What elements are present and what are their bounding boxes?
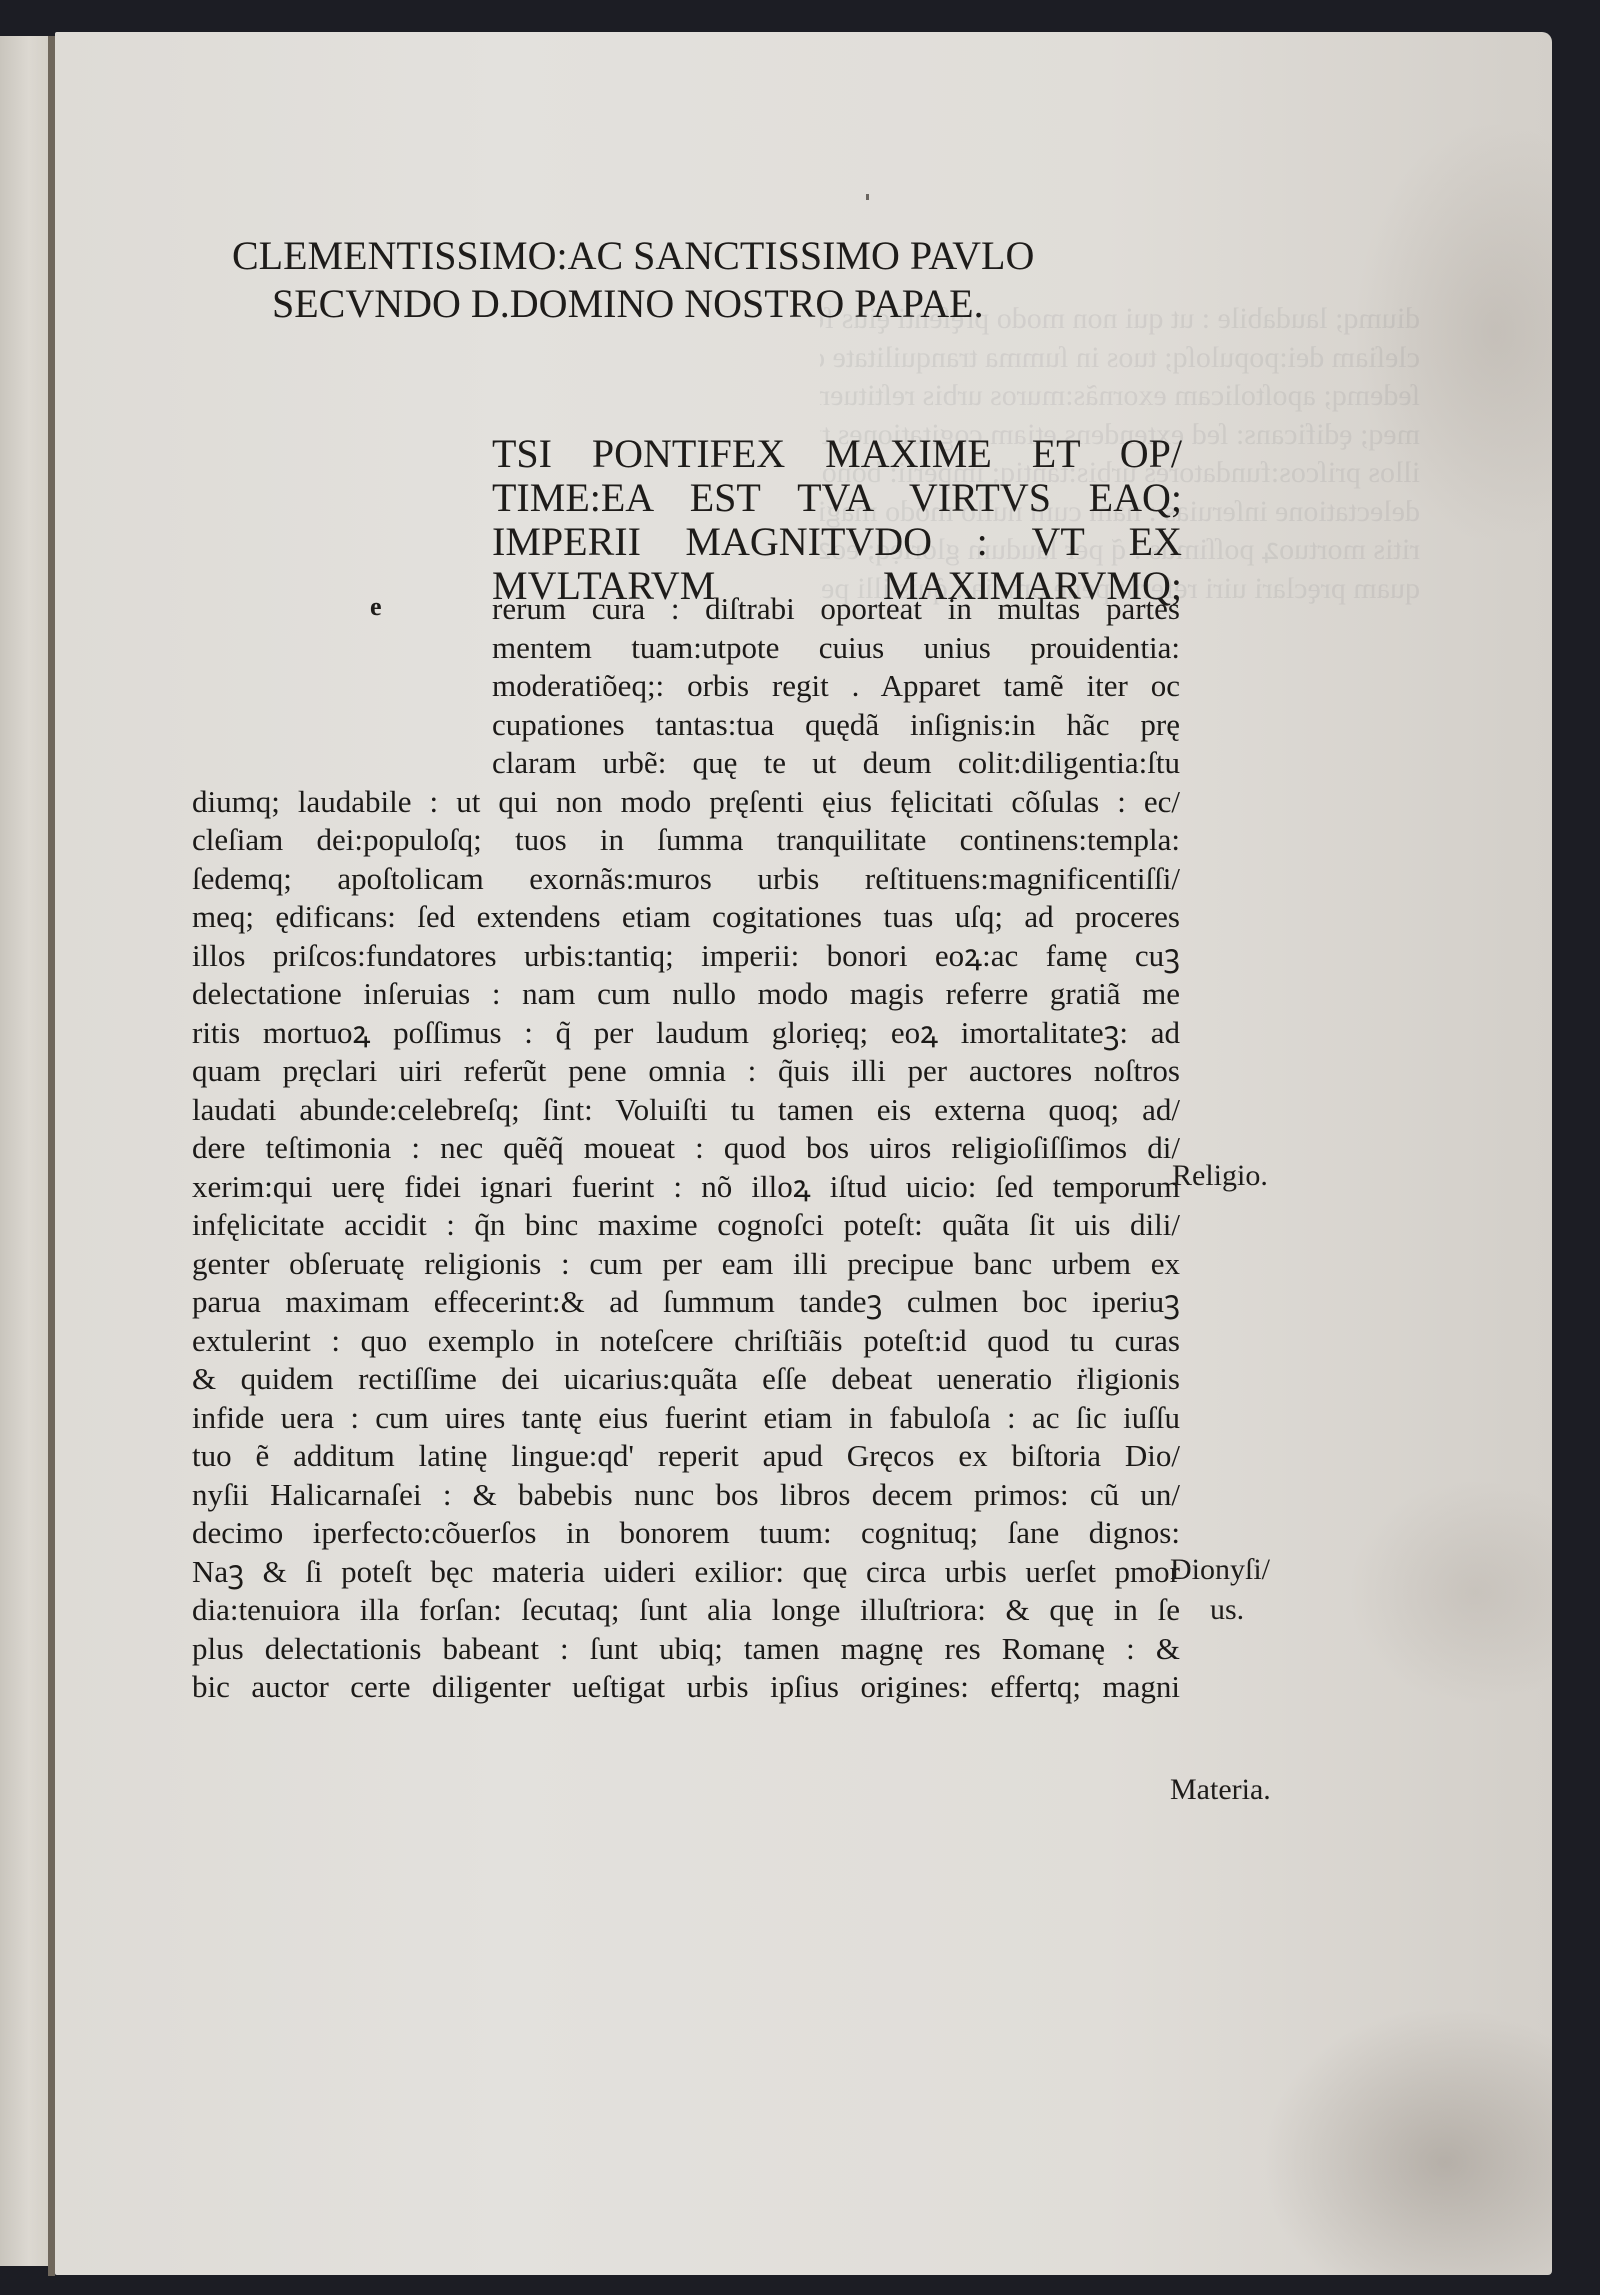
text-line: dia:tenuiora illa forſan: ſecutaq; ſunt … <box>192 1591 1180 1630</box>
text-line: Naꝫ & ſi poteſt bęc materia uideri exili… <box>192 1553 1180 1592</box>
caps-line: IMPERII MAGNITVDO : VT EX <box>492 520 1182 564</box>
text-line: xerim:qui uerę fidei ignari fuerint : nõ… <box>192 1168 1180 1207</box>
opening-capitals: TSI PONTIFEX MAXIME ET OP/ TIME:EA EST T… <box>492 432 1182 608</box>
text-line: meq; ędificans: ſed extendens etiam cogi… <box>192 898 1180 937</box>
text-line: extulerint : quo exemplo in noteſcere ch… <box>192 1322 1180 1361</box>
text-line: quam pręclari uiri referũt pene omnia : … <box>192 1052 1180 1091</box>
margin-note-dionysius-2: us. <box>1210 1592 1244 1628</box>
text-line: laudati abunde:celebreſq; ſint: Voluiſti… <box>192 1091 1180 1130</box>
text-line: cupationes tantas:tua quędã inſignis:in … <box>492 706 1180 745</box>
margin-note-materia: Materia. <box>1170 1772 1271 1808</box>
text-line: illos priſcos:fundatores urbis:tantiq; i… <box>192 937 1180 976</box>
text-line: diumq; laudabile : ut qui non modo pręſe… <box>192 783 1180 822</box>
facing-page-edge <box>0 36 48 2266</box>
text-line: & quidem rectiſſime dei uicarius:quãta e… <box>192 1360 1180 1399</box>
heading-line-1: CLEMENTISSIMO:AC SANCTISSIMO PAVLO <box>232 232 1152 280</box>
heading-line-2: SECVNDO D.DOMINO NOSTRO PAPAE. <box>232 280 1152 328</box>
text-line: decimo iperfecto:cõuerſos in bonorem tuu… <box>192 1514 1180 1553</box>
text-line: rerum cura : diſtrabi oporteat in multas… <box>492 590 1180 629</box>
text-line: plus delectationis babeant : ſunt ubiq; … <box>192 1630 1180 1669</box>
text-line: mentem tuam:utpote cuius unius prouident… <box>492 629 1180 668</box>
text-line: cleſiam dei:populoſq; tuos in ſumma tran… <box>192 821 1180 860</box>
text-line: dere teſtimonia : nec quẽq̃ moueat : quo… <box>192 1129 1180 1168</box>
text-line: delectatione inſeruias : nam cum nullo m… <box>192 975 1180 1014</box>
text-line: moderatiõeq;: orbis regit . Apparet tamẽ… <box>492 667 1180 706</box>
text-line: infęlicitate accidit : q̃n binc maxime c… <box>192 1206 1180 1245</box>
margin-note-religio: Religio. <box>1172 1158 1268 1194</box>
text-line: ritis mortuoꝝ poſſimus : q̃ per laudum g… <box>192 1014 1180 1053</box>
book-gutter <box>48 36 55 2276</box>
text-line: ſedemq; apoſtolicam exornãs:muros urbis … <box>192 860 1180 899</box>
dedication-heading: CLEMENTISSIMO:AC SANCTISSIMO PAVLO SECVN… <box>232 232 1152 328</box>
text-line: genter obſeruatę religionis : cum per ea… <box>192 1245 1180 1284</box>
text-line: bic auctor certe diligenter ueſtigat urb… <box>192 1668 1180 1707</box>
printer-mark <box>866 194 869 200</box>
text-line: tuo ẽ additum latinę lingue:qd' reperit … <box>192 1437 1180 1476</box>
body-text: rerum cura : diſtrabi oporteat in multas… <box>192 590 1180 1707</box>
caps-line: TIME:EA EST TVA VIRTVS EAQ; <box>492 476 1182 520</box>
text-line: parua maximam effecerint:& ad ſummum tan… <box>192 1283 1180 1322</box>
caps-line: TSI PONTIFEX MAXIME ET OP/ <box>492 432 1182 476</box>
text-line: infide uera : cum uires tantę eius fueri… <box>192 1399 1180 1438</box>
text-line: nyſii Halicarnaſei : & babebis nunc bos … <box>192 1476 1180 1515</box>
margin-note-dionysius-1: Dionyſi/ <box>1170 1552 1270 1588</box>
text-line: claram urbẽ: quę te ut deum colit:dilige… <box>492 744 1180 783</box>
